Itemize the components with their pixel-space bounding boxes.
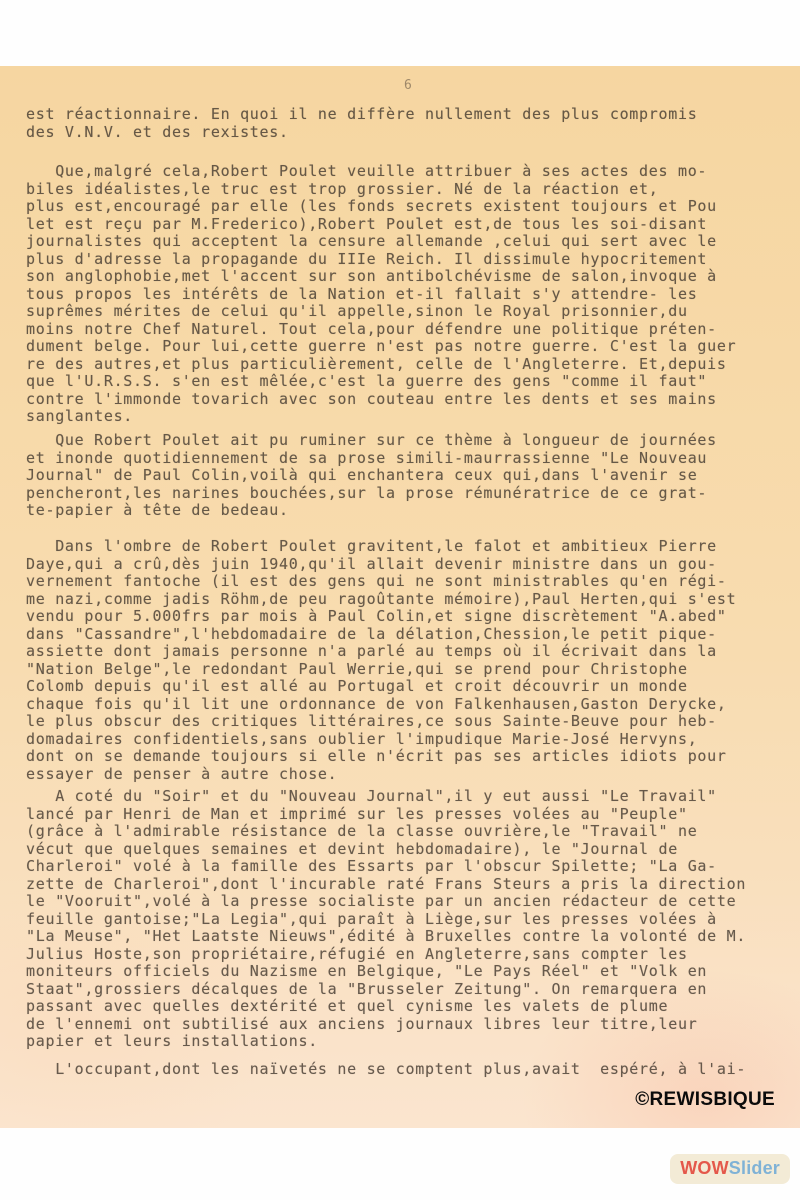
wowslider-slider-label: Slider xyxy=(729,1158,780,1178)
paragraph-6: L'occupant,dont les naïvetés ne se compt… xyxy=(26,1061,800,1079)
scanned-page-view: 6 est réactionnaire. En quoi il ne diffè… xyxy=(0,0,800,1200)
paragraph-3: Que Robert Poulet ait pu ruminer sur ce … xyxy=(26,432,800,520)
paragraph-2: Que,malgré cela,Robert Poulet veuille at… xyxy=(26,163,800,426)
paragraph-1: est réactionnaire. En quoi il ne diffère… xyxy=(26,106,800,141)
document-paper: 6 est réactionnaire. En quoi il ne diffè… xyxy=(0,66,800,1128)
paragraph-5: A coté du "Soir" et du "Nouveau Journal"… xyxy=(26,788,800,1051)
wowslider-wow-label: WOW xyxy=(680,1158,729,1178)
paragraph-4: Dans l'ombre de Robert Poulet gravitent,… xyxy=(26,538,800,783)
page-number: 6 xyxy=(404,78,412,93)
wowslider-badge[interactable]: WOWSlider xyxy=(670,1154,790,1184)
copyright-watermark: ©REWISBIQUE xyxy=(635,1089,775,1111)
